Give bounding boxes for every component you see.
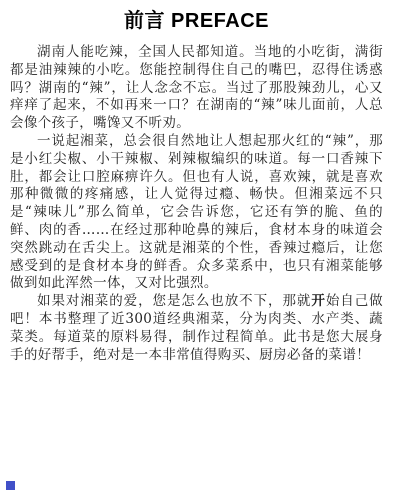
page-title: 前言 PREFACE [0,9,393,33]
paragraph-1: 湖南人能吃辣，全国人民都知道。当地的小吃街，满街都是油辣辣的小吃。您能控制得住自… [10,44,383,133]
page-corner-marker-icon [6,481,15,490]
preface-page: 前言 PREFACE 湖南人能吃辣，全国人民都知道。当地的小吃街，满街都是油辣辣… [0,0,393,500]
paragraph-3-bold-char: 开 [311,293,325,309]
paragraph-2: 一说起湘菜，总会很自然地让人想起那火红的“辣”，那是小红尖椒、小干辣椒、剁辣椒编… [10,133,383,293]
preface-body: 湖南人能吃辣，全国人民都知道。当地的小吃街，满街都是油辣辣的小吃。您能控制得住自… [0,44,393,364]
paragraph-3-text-start: 如果对湘菜的爱，您是怎么也放不下，那就 [37,293,311,309]
paragraph-3: 如果对湘菜的爱，您是怎么也放不下，那就开始自己做吧！本书整理了近300道经典湘菜… [10,293,383,364]
